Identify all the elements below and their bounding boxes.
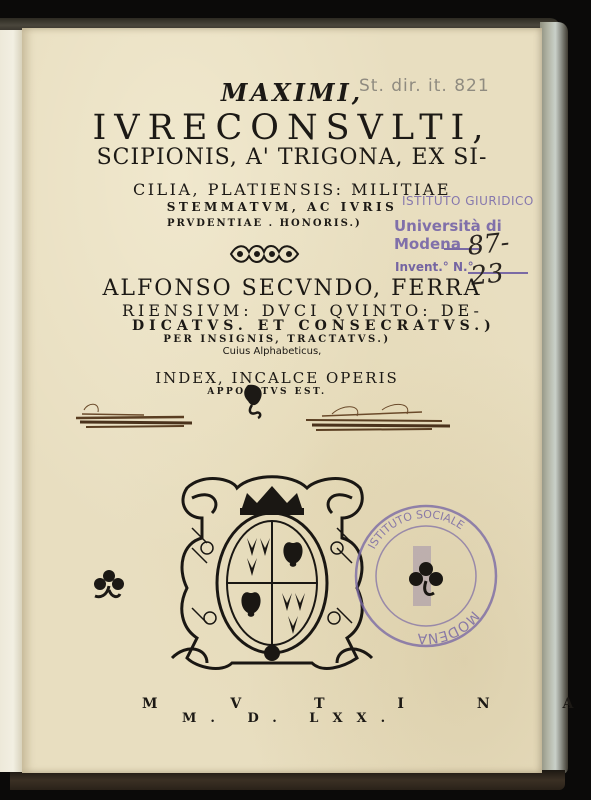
dedication-line-cuius: Cuius Alphabeticus, [197,346,347,357]
book-bottom-binding [10,770,565,790]
ornament-icon [227,242,302,266]
dedication-line-alfonso: ALFONSO SECVNDO, FERRA [92,276,492,301]
book-page-edges [540,22,568,774]
fleuron-icon [92,568,126,604]
svg-text:ISTITUTO SOCIALE: ISTITUTO SOCIALE [365,508,466,551]
stamp-inventory-label: Invent.° N.° [395,260,474,274]
shelfmark-pencil-note: St. dir. it. 821 [359,76,490,96]
round-stamp-top-text: ISTITUTO SOCIALE [365,508,466,551]
flyleaf [0,30,22,772]
dedication-line-per-insignis: PER INSIGNIS, TRACTATVS.) [162,334,392,345]
index-line-1: INDEX, INCALCE OPERIS [132,369,422,387]
title-page: MAXIMI, St. dir. it. 821 IVRECONSVLTI, S… [22,28,542,773]
imprint-year: M. D. LXX. [182,711,362,726]
round-stamp: ISTITUTO SOCIALE MODENA [348,501,503,651]
title-line-scipionis: SCIPIONIS, A' TRIGONA, EX SI- [92,145,492,170]
leaf-ornament-icon [238,383,268,423]
title-line-iureconsulti: IVRECONSVLTI, [72,108,512,148]
imprint-place: M V T I N AE, [142,696,412,712]
dedication-line-dicatus: DICATVS. ET CONSECRATVS.) [132,318,462,334]
crossed-out-handwriting [302,400,452,440]
crossed-out-handwriting [74,400,199,435]
title-line-prudentiae: PRVDENTIAE . HONORIS.) [167,218,357,229]
stamp-institute: ISTITUTO GIURIDICO [402,194,534,208]
